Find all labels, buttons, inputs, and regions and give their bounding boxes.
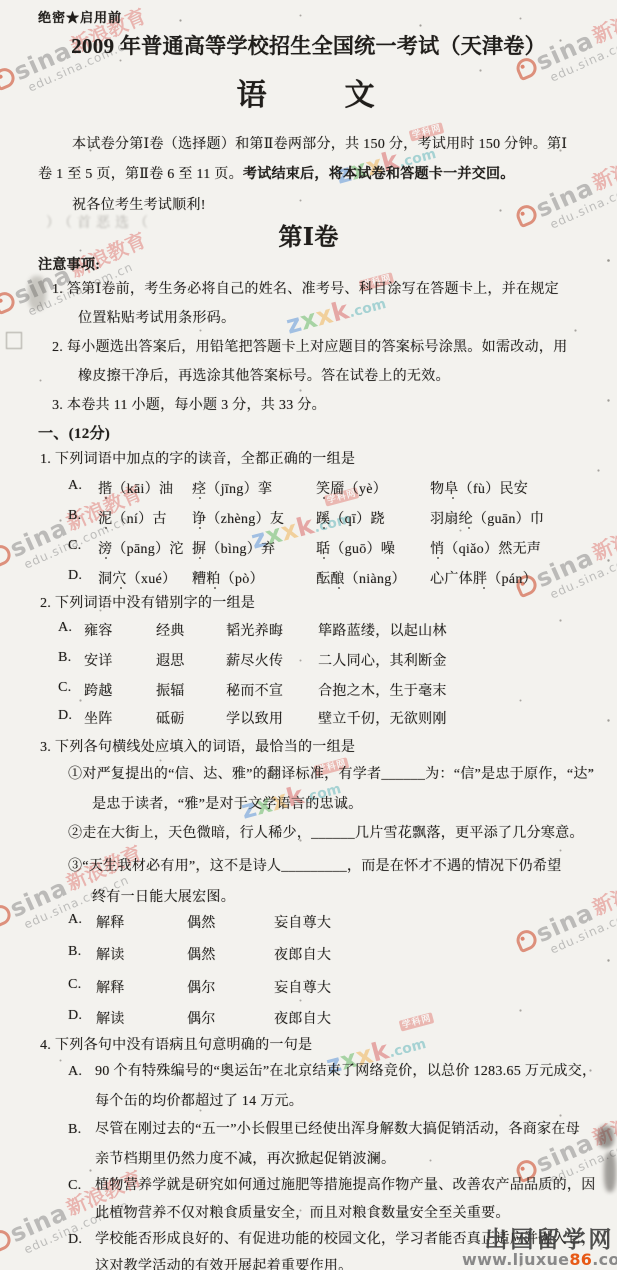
scan-box-artifact [6,332,22,349]
subject-title: 语 文 [0,70,617,114]
option-label: B. [58,650,84,670]
q3-option-b: B.解读偶然夜郎自大 [68,944,331,964]
q4-option-b-line1: B.尽管在刚过去的“五一”小长假里已经使出浑身解数大搞促销活动，各商家在母 [68,1118,580,1138]
q4-stem: 4. 下列各句中没有语病且句意明确的一句是 [40,1034,312,1054]
q3-item2: ②走在大街上，天色微暗，行人稀少，______几片雪花飘落，更平添了几分寒意。 [68,822,584,842]
liuxue86-url-text: www.liuxue86.com [462,1252,617,1269]
note-3: 3. 本卷共 11 小题，每小题 3 分，共 33 分。 [52,394,326,414]
option-label: D. [68,1232,95,1248]
option-label: B. [68,1122,95,1138]
q2-option-d: D.坐阵砥砺学以致用壁立千仞，无欲则刚 [58,708,447,728]
option-label: B. [68,944,96,964]
q4-option-a-line2: 每个缶的均价都超过了 14 万元。 [95,1090,303,1110]
q2-stem: 2. 下列词语中没有错别字的一组是 [40,592,255,612]
q3-item3-line2: 终有一日能大展宏图。 [92,886,235,906]
q2-option-a: A.雍容经典韬光养晦筚路蓝缕，以起山林 [58,620,447,640]
sina-watermark: sina新浪教育 edu.sina.com.cn [513,862,617,968]
q1-option-a: A.揩（kāi）油痉（jīng）挛笑靥（yè）物阜（fù）民安 [68,478,528,498]
option-label: C. [68,1178,95,1194]
option-label: C. [58,680,84,700]
q3-option-a: A.解释偶然妄自尊大 [68,912,331,932]
q3-option-c: C.解释偶尔妄自尊大 [68,977,331,997]
page-title: 2009 年普通高等学校招生全国统一考试（天津卷） [0,30,617,60]
sina-eye-logo [0,542,14,568]
q3-item1-line1: ①对严复提出的“信、达、雅”的翻译标准，有学者______为：“信”是忠于原作，… [68,763,594,783]
option-label: A. [68,1064,95,1080]
intro-line-1: 本试卷分第Ⅰ卷（选择题）和第Ⅱ卷两部分，共 150 分，考试用时 150 分钟。… [72,133,567,153]
note-2-line-1: 2. 每小题选出答案后，用铅笔把答题卡上对应题目的答案标号涂黑。如需改动，用 [52,336,567,356]
wish-line: 祝各位考生考试顺利! [72,194,206,214]
notes-title: 注意事项: [38,254,100,274]
option-label: A. [68,478,98,498]
q4-option-a-line1: A.90 个有特殊编号的“奥运缶”在北京结束了网络竞价，以总价 1283.65 … [68,1060,596,1080]
q3-item1-line2: 是忠于读者，“雅”是对于文学语言的忠诚。 [92,793,362,813]
sina-eye-logo [0,289,18,315]
option-label: D. [68,568,98,588]
option-label: D. [58,708,84,728]
option-label: A. [58,620,84,640]
scan-smudge [28,276,46,310]
q4-option-c-line1: C.植物营养学就是研究如何通过施肥等措施提高作物产量、改善农产品品质的，因 [68,1174,596,1194]
q3-stem: 3. 下列各句横线处应填入的词语，最恰当的一组是 [40,736,355,756]
part1-title: 第Ⅰ卷 [0,217,617,252]
option-label: C. [68,538,98,558]
q4-option-d-line2: 这对教学活动的有效开展起着重要作用。 [95,1255,352,1270]
classification-label: 绝密★启用前 [38,7,122,26]
q3-option-d: D.解读偶尔夜郎自大 [68,1008,331,1028]
sina-eye-logo [513,927,539,953]
q1-option-c: C.滂（pāng）沱摒（bìng）弃聒（guō）噪悄（qiǎo）然无声 [68,538,541,558]
option-label: D. [68,1008,96,1028]
q4-option-d-line1: D.学校能否形成良好的、有促进功能的校园文化，学习者能否真正适应并融入它， [68,1228,596,1248]
section-1-title: 一、(12分) [38,422,110,443]
q4-option-b-line2: 亲节档期里仍然力度不减，再次掀起促销波澜。 [95,1148,395,1168]
note-1-line-1: 1. 答第Ⅰ卷前，考生务必将自己的姓名、准考号、科目涂写在答题卡上，并在规定 [52,278,559,298]
q1-option-b: B.泥（ní）古诤（zhèng）友蹊（qī）跷羽扇纶（guān）巾 [68,508,544,528]
q2-option-b: B.安详遐思薪尽火传二人同心，其利断金 [58,650,447,670]
scan-smudge [604,1152,616,1192]
sina-eye-logo [0,1227,14,1253]
q4-option-c-line2: 此植物营养不仅对粮食质量安全，而且对粮食数量安全至关重要。 [95,1202,510,1222]
q1-stem: 1. 下列词语中加点的字的读音，全都正确的一组是 [40,448,355,468]
scan-speckles [0,0,1,1]
q2-option-c: C.跨越振辐秘而不宣合抱之木，生于毫末 [58,680,447,700]
q3-item3-line1: ③“天生我材必有用”，这不是诗人_________，而是在怀才不遇的情况下仍希望 [68,855,561,875]
intro-line-2: 卷 1 至 5 页，第Ⅱ卷 6 至 11 页。考试结束后，将本试卷和答题卡一并交… [38,163,515,183]
scan-smudge [598,1126,614,1148]
note-2-line-2: 橡皮擦干净后，再选涂其他答案标号。答在试卷上的无效。 [78,365,450,385]
option-label: A. [68,912,96,932]
note-1-line-2: 位置粘贴考试用条形码。 [78,307,235,327]
sina-eye-logo [0,902,14,928]
option-label: C. [68,977,96,997]
q1-option-d: D.洞穴（xué）糟粕（pò）酝酿（niàng）心广体胖（pán） [68,568,537,588]
option-label: B. [68,508,98,528]
exam-paper-scan: sina新浪教育 edu.sina.com.cn sina新浪教育 edu.si… [0,0,617,1270]
